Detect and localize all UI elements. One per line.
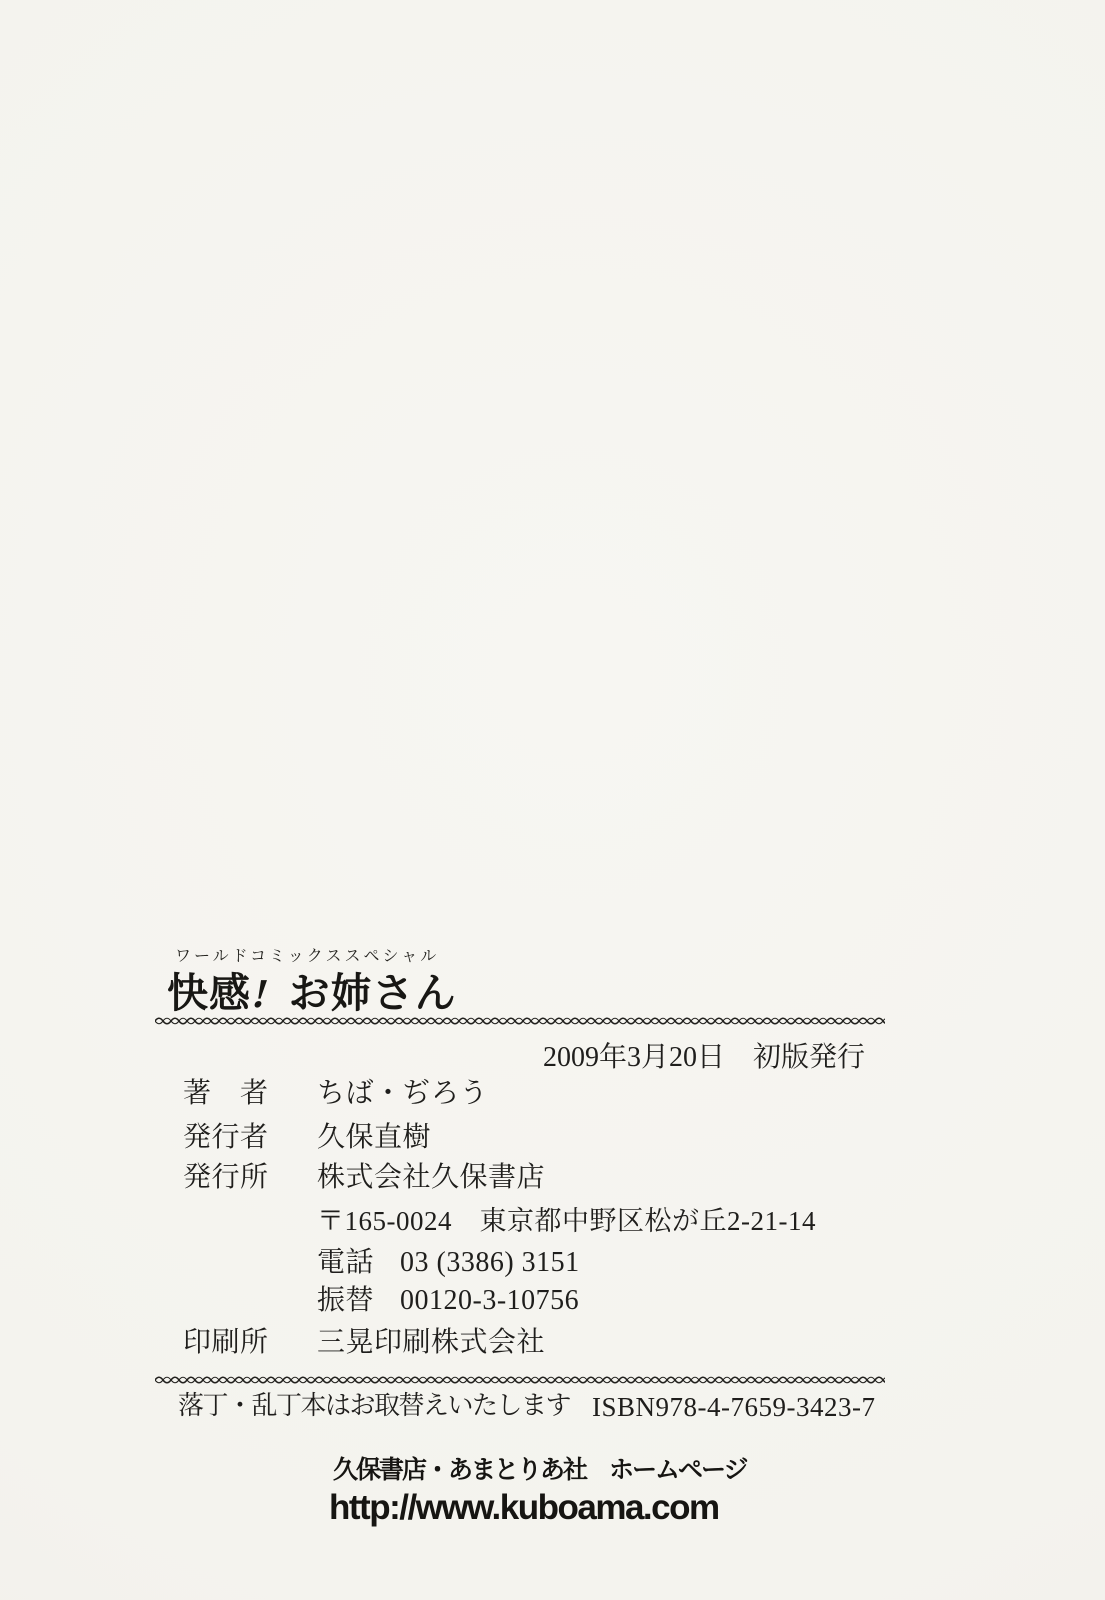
author-label: 著 者	[183, 1077, 269, 1110]
book-title: 快感!お姉さん	[167, 969, 457, 1017]
replacement-note: 落丁・乱丁本はお取替えいたします	[178, 1391, 570, 1422]
decorative-wavy-rule-bottom	[155, 1375, 885, 1385]
author-name: ちば・ぢろう	[317, 1077, 488, 1110]
homepage-url: http://www.kuboama.com	[329, 1487, 719, 1528]
publishing-house-name: 株式会社久保書店	[317, 1161, 545, 1194]
printer-label: 印刷所	[183, 1326, 269, 1359]
isbn: ISBN978-4-7659-3423-7	[592, 1392, 875, 1424]
book-title-rest: お姉さん	[289, 970, 457, 1016]
address-line: 〒165-0024 東京都中野区松が丘2-21-14	[317, 1206, 816, 1238]
scanned-colophon-page: ワールドコミックススペシャル 快感!お姉さん 2009年3月20日 初版発行 著…	[0, 0, 1105, 1600]
publisher-name: 久保直樹	[317, 1121, 431, 1154]
publishing-house-label: 発行所	[183, 1161, 269, 1194]
homepage-label: 久保書店・あまとりあ社 ホームページ	[333, 1456, 747, 1486]
book-title-main: 快感	[167, 970, 251, 1016]
phone-number: 03 (3386) 3151	[400, 1246, 580, 1279]
postal-transfer-label: 振替	[317, 1284, 374, 1317]
publisher-label: 発行者	[183, 1121, 269, 1154]
edition-date: 2009年3月20日 初版発行	[543, 1041, 865, 1074]
phone-label: 電話	[317, 1246, 374, 1279]
postal-transfer-number: 00120-3-10756	[400, 1284, 579, 1317]
book-title-exclamation: !	[248, 969, 275, 1017]
printer-name: 三晃印刷株式会社	[317, 1326, 545, 1359]
decorative-wavy-rule-top	[155, 1016, 885, 1026]
series-label: ワールドコミックススペシャル	[175, 947, 439, 966]
